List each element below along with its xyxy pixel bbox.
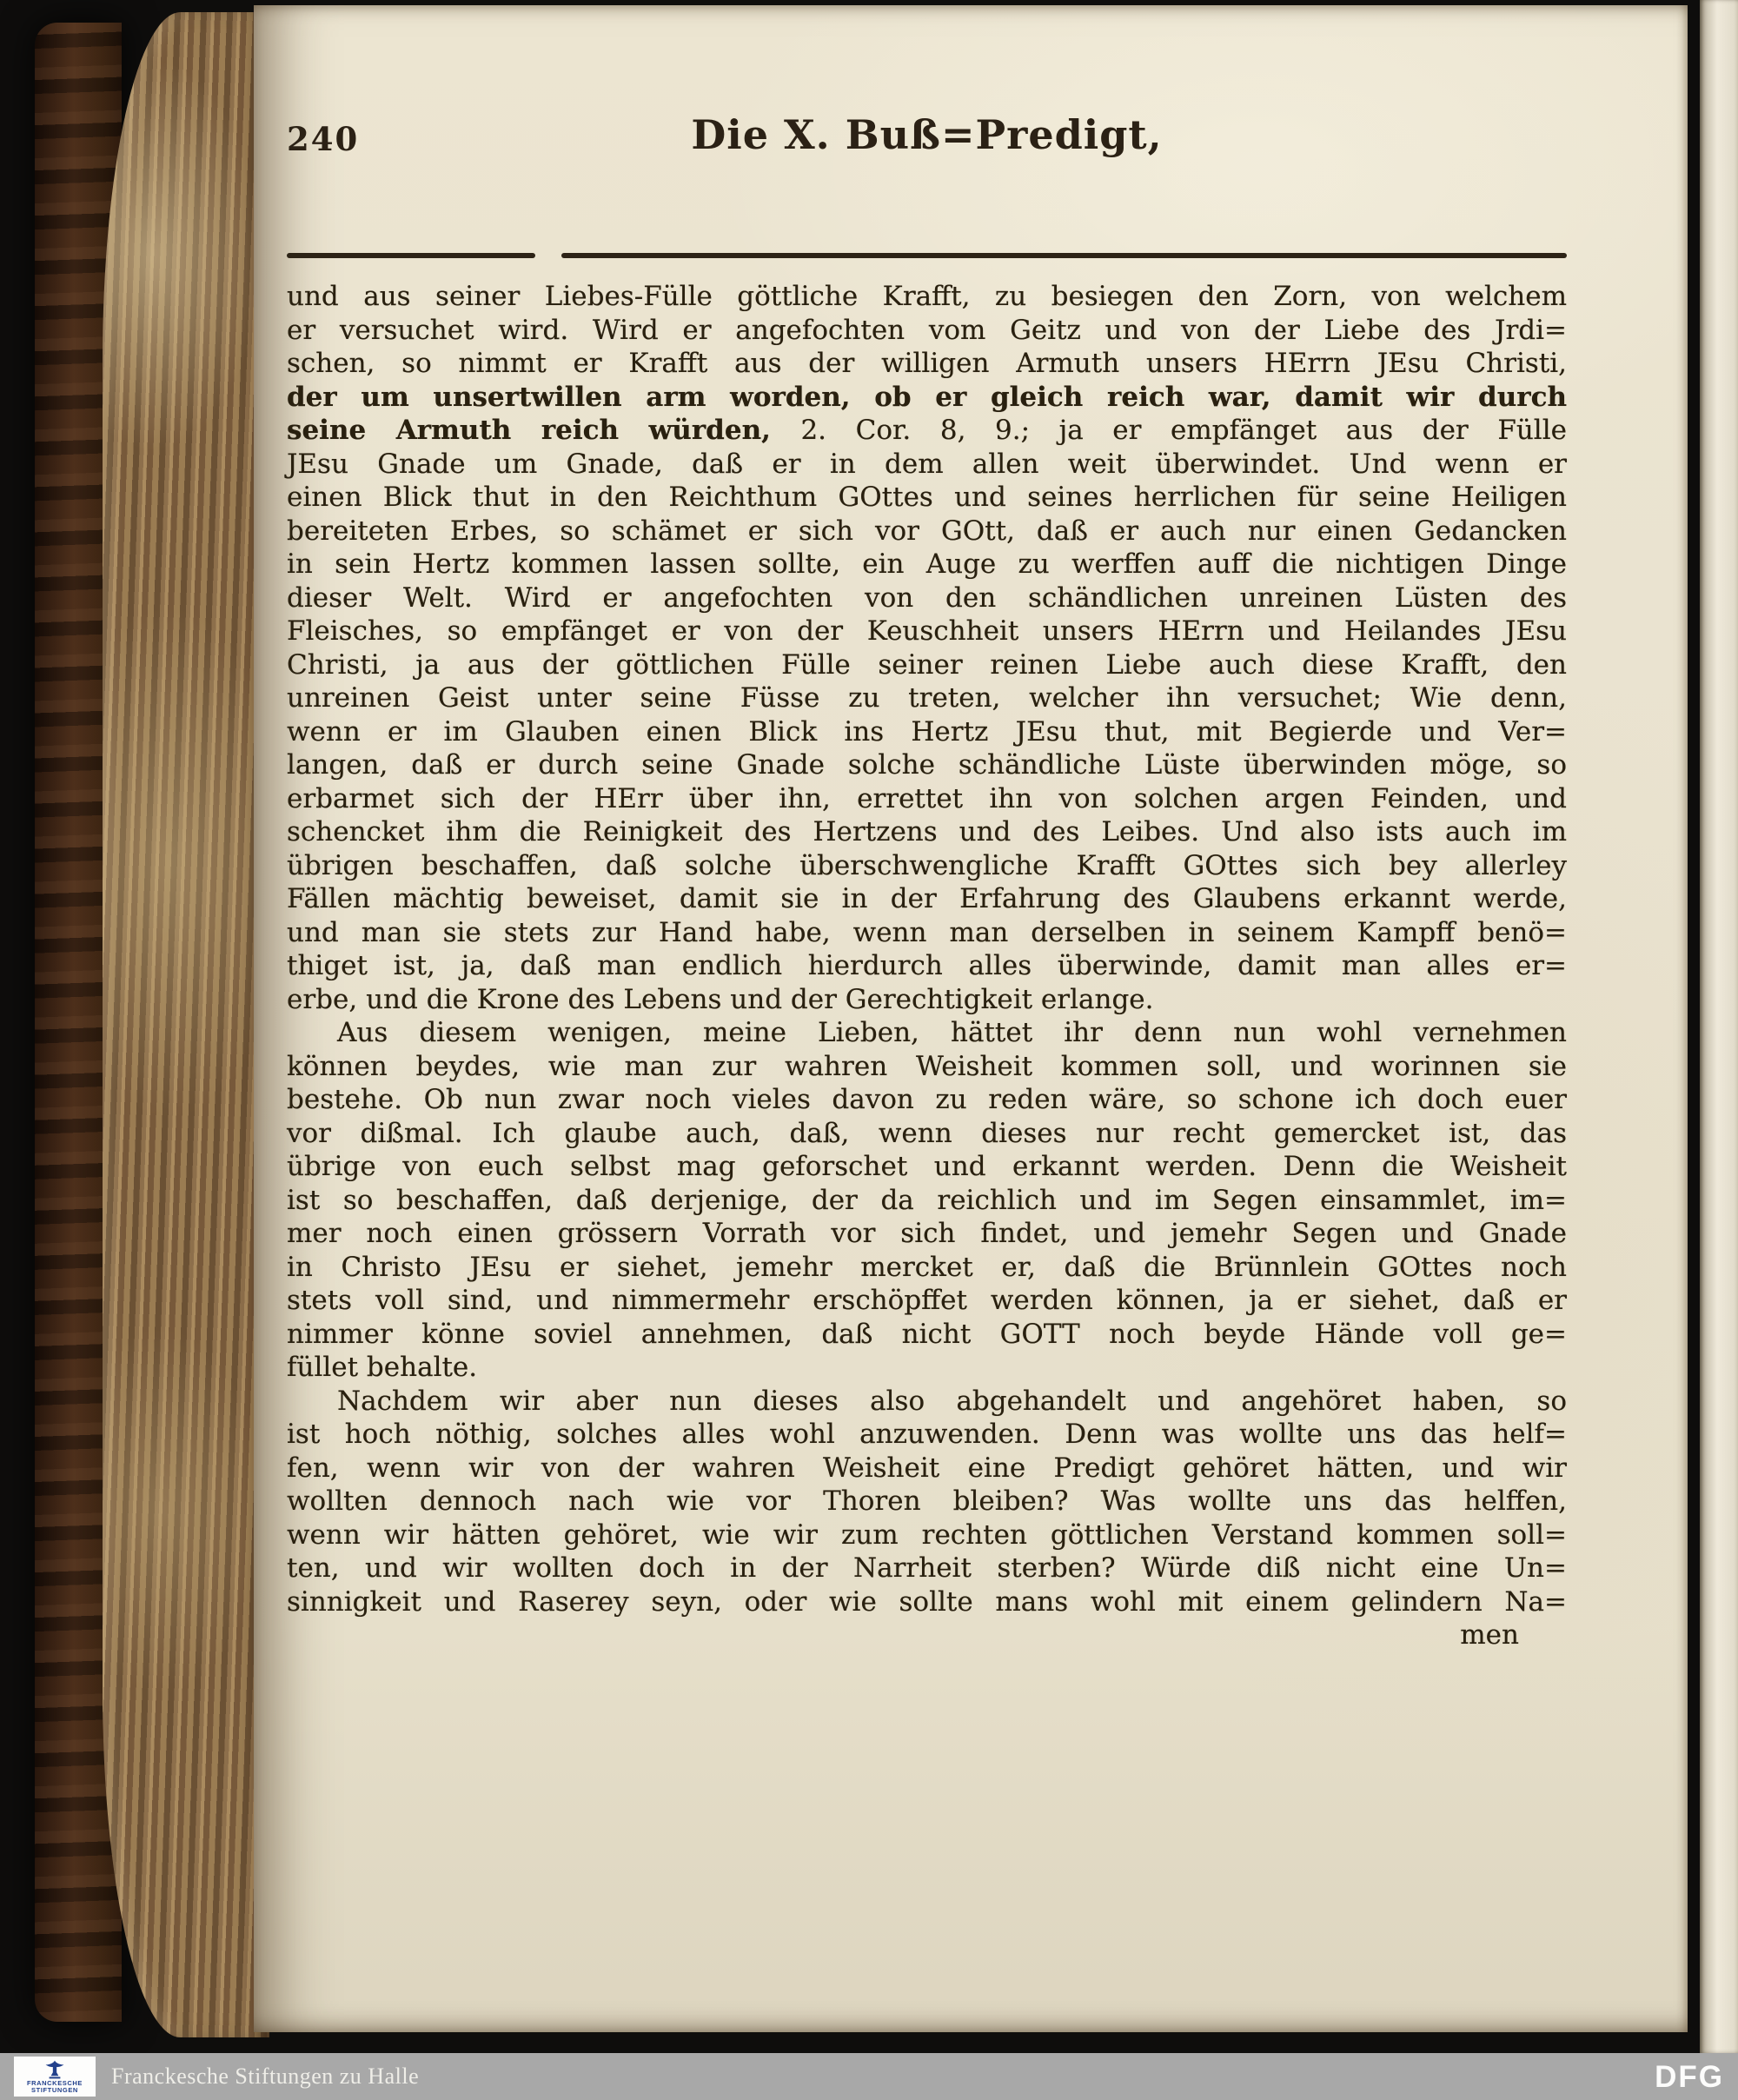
emphasized-text: der um unsertwillen arm worden, ob er gl… [287, 382, 1567, 413]
body-text: schencket ihm die Reinigkeit des Hertzen… [287, 816, 1567, 847]
body-text: ist hoch nöthig, solches alles wohl anzu… [287, 1419, 1567, 1450]
text-line: JEsu Gnade um Gnade, daß er in dem allen… [287, 448, 1567, 482]
text-line: bestehe. Ob nun zwar noch vieles davon z… [287, 1083, 1567, 1117]
text-line: können beydes, wie man zur wahren Weishe… [287, 1050, 1567, 1084]
body-text: thiget ist, ja, daß man endlich hierdurc… [287, 950, 1567, 981]
header-rule-left [287, 253, 535, 258]
franckesche-logo-caption: FRANCKESCHE STIFTUNGEN [27, 2080, 83, 2095]
text-line: übrigen beschaffen, daß solche überschwe… [287, 849, 1567, 883]
text-line: in Christo JEsu er siehet, jemehr mercke… [287, 1251, 1567, 1285]
text-line: wollten dennoch nach wie vor Thoren blei… [287, 1485, 1567, 1519]
institution-name: Franckesche Stiftungen zu Halle [111, 2053, 419, 2100]
emphasized-text: seine Armuth reich würden, [287, 415, 800, 446]
franckesche-eagle-icon [44, 2059, 65, 2080]
body-text: ist so beschaffen, daß derjenige, der da… [287, 1185, 1567, 1216]
body-text: bestehe. Ob nun zwar noch vieles davon z… [287, 1084, 1567, 1115]
text-line: wenn wir hätten gehöret, wie wir zum rec… [287, 1519, 1567, 1552]
body-text: Nachdem wir aber nun dieses also abgehan… [337, 1386, 1567, 1417]
text-line: ist so beschaffen, daß derjenige, der da… [287, 1184, 1567, 1218]
text-line: ist hoch nöthig, solches alles wohl anzu… [287, 1418, 1567, 1452]
body-text: Fällen mächtig beweiset, damit sie in de… [287, 883, 1567, 914]
text-line: Fleisches, so empfänget er von der Keusc… [287, 615, 1567, 648]
body-text: dieser Welt. Wird er angefochten von den… [287, 582, 1567, 614]
body-text: bereiteten Erbes, so schämet er sich vor… [287, 515, 1567, 547]
body-text: unreinen Geist unter seine Füsse zu tret… [287, 682, 1567, 714]
text-line: er versuchet wird. Wird er angefochten v… [287, 314, 1567, 348]
text-line: vor dißmal. Ich glaube auch, daß, wenn d… [287, 1117, 1567, 1151]
body-text: nimmer könne soviel annehmen, daß nicht … [287, 1319, 1567, 1350]
text-line: Fällen mächtig beweiset, damit sie in de… [287, 882, 1567, 916]
text-line: schen, so nimmt er Krafft aus der willig… [287, 347, 1567, 381]
text-line: wenn er im Glauben einen Blick ins Hertz… [287, 715, 1567, 749]
dfg-logo: DFG [1655, 2053, 1724, 2100]
body-text: mer noch einen grössern Vorrath vor sich… [287, 1218, 1567, 1249]
body-text: schen, so nimmt er Krafft aus der willig… [287, 348, 1567, 379]
text-line: schencket ihm die Reinigkeit des Hertzen… [287, 815, 1567, 849]
body-text: erbarmet sich der HErr über ihn, errette… [287, 783, 1567, 814]
text-line: füllet behalte. [287, 1351, 1567, 1385]
text-line: und aus seiner Liebes-Fülle göttliche Kr… [287, 280, 1567, 314]
body-text: er versuchet wird. Wird er angefochten v… [287, 315, 1567, 346]
body-text: übrige von euch selbst mag geforschet un… [287, 1151, 1567, 1182]
body-text: in sein Hertz kommen lassen sollte, ein … [287, 548, 1567, 580]
text-line: seine Armuth reich würden, 2. Cor. 8, 9.… [287, 414, 1567, 448]
body-text: und man sie stets zur Hand habe, wenn ma… [287, 917, 1567, 948]
footer-bar: FRANCKESCHE STIFTUNGEN Franckesche Stift… [0, 2053, 1738, 2100]
text-line: stets voll sind, und nimmermehr erschöpf… [287, 1284, 1567, 1318]
text-line: der um unsertwillen arm worden, ob er gl… [287, 381, 1567, 415]
text-line: erbe, und die Krone des Lebens und der G… [287, 983, 1567, 1017]
body-text: übrigen beschaffen, daß solche überschwe… [287, 850, 1567, 881]
text-line: dieser Welt. Wird er angefochten von den… [287, 581, 1567, 615]
body-text: 2. Cor. 8, 9.; ja er empfänget aus der F… [800, 415, 1567, 446]
text-block: und aus seiner Liebes-Fülle göttliche Kr… [287, 280, 1567, 1652]
text-line: sinnigkeit und Raserey seyn, oder wie so… [287, 1585, 1567, 1619]
header-rule-right [561, 253, 1567, 258]
text-line: Christi, ja aus der göttlichen Fülle sei… [287, 648, 1567, 682]
body-text: Christi, ja aus der göttlichen Fülle sei… [287, 649, 1567, 681]
text-line: in sein Hertz kommen lassen sollte, ein … [287, 548, 1567, 581]
text-line: übrige von euch selbst mag geforschet un… [287, 1150, 1567, 1184]
text-line: langen, daß er durch seine Gnade solche … [287, 748, 1567, 782]
text-line: erbarmet sich der HErr über ihn, errette… [287, 782, 1567, 816]
body-text: wenn wir hätten gehöret, wie wir zum rec… [287, 1519, 1567, 1551]
text-line: bereiteten Erbes, so schämet er sich vor… [287, 515, 1567, 548]
running-title: Die X. Buß=Predigt, [287, 111, 1567, 158]
body-text: füllet behalte. [287, 1352, 477, 1383]
body-text: erbe, und die Krone des Lebens und der G… [287, 984, 1154, 1015]
body-text: Fleisches, so empfänget er von der Keusc… [287, 615, 1567, 647]
text-line: fen, wenn wir von der wahren Weisheit ei… [287, 1452, 1567, 1485]
text-line: einen Blick thut in den Reichthum GOttes… [287, 481, 1567, 515]
photo-background: 240 Die X. Buß=Predigt, und aus seiner L… [0, 0, 1738, 2100]
body-text: sinnigkeit und Raserey seyn, oder wie so… [287, 1586, 1567, 1618]
text-line: ten, und wir wollten doch in der Narrhei… [287, 1552, 1567, 1585]
body-text: vor dißmal. Ich glaube auch, daß, wenn d… [287, 1118, 1567, 1149]
text-line: Nachdem wir aber nun dieses also abgehan… [287, 1385, 1567, 1419]
body-text: wollten dennoch nach wie vor Thoren blei… [287, 1485, 1567, 1517]
body-text: können beydes, wie man zur wahren Weishe… [287, 1051, 1567, 1082]
body-text: fen, wenn wir von der wahren Weisheit ei… [287, 1452, 1567, 1484]
adjacent-page-edge [1700, 0, 1738, 2053]
franckesche-logo: FRANCKESCHE STIFTUNGEN [14, 2057, 96, 2097]
body-text: ten, und wir wollten doch in der Narrhei… [287, 1552, 1567, 1584]
catchword: men [287, 1618, 1567, 1652]
text-line: thiget ist, ja, daß man endlich hierdurc… [287, 949, 1567, 983]
text-line: und man sie stets zur Hand habe, wenn ma… [287, 916, 1567, 950]
page-fore-edge [103, 12, 269, 2037]
text-line: mer noch einen grössern Vorrath vor sich… [287, 1217, 1567, 1251]
body-text: stets voll sind, und nimmermehr erschöpf… [287, 1285, 1567, 1316]
body-text: wenn er im Glauben einen Blick ins Hertz… [287, 716, 1567, 748]
body-text: JEsu Gnade um Gnade, daß er in dem allen… [287, 449, 1567, 480]
text-line: nimmer könne soviel annehmen, daß nicht … [287, 1318, 1567, 1352]
text-line: unreinen Geist unter seine Füsse zu tret… [287, 681, 1567, 715]
body-text: Aus diesem wenigen, meine Lieben, hättet… [337, 1017, 1567, 1048]
body-text: und aus seiner Liebes-Fülle göttliche Kr… [287, 281, 1567, 312]
body-text: in Christo JEsu er siehet, jemehr mercke… [287, 1252, 1567, 1283]
text-line: Aus diesem wenigen, meine Lieben, hättet… [287, 1016, 1567, 1050]
body-text: langen, daß er durch seine Gnade solche … [287, 749, 1567, 781]
body-text: einen Blick thut in den Reichthum GOttes… [287, 482, 1567, 513]
book-page: 240 Die X. Buß=Predigt, und aus seiner L… [254, 5, 1688, 2032]
